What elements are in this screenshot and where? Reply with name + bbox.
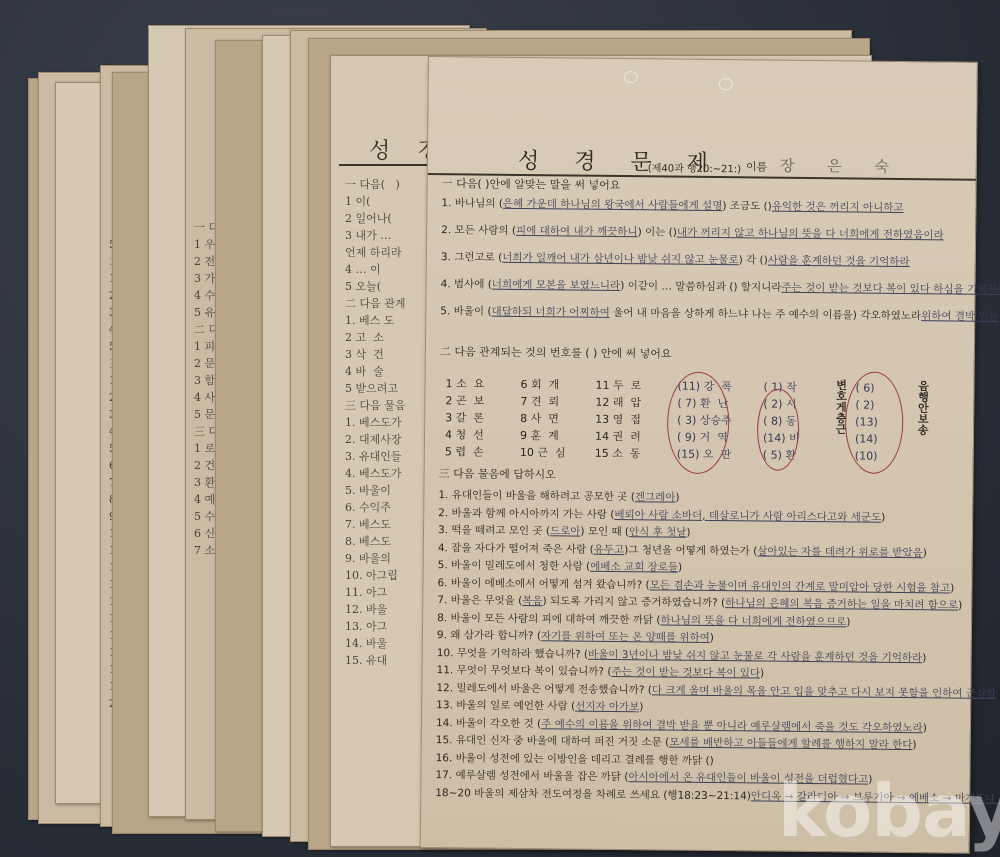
- question-item: 14. 바울이 각오한 것 (주 예수의 이름을 위하여 결박 받을 뿐 아니라…: [436, 715, 927, 735]
- question-item: 11. 무엇이 무엇보다 복이 있습니까? (주는 것이 받는 것보다 복이 있…: [436, 662, 764, 680]
- name-label: 이름: [746, 158, 767, 174]
- handwritten-answer: 유익한 것은 꺼리지 아니하고: [772, 201, 904, 214]
- question-text: ) 이는 (: [638, 226, 673, 238]
- question-text: ): [710, 754, 714, 766]
- section3-heading: 三 다음 물음에 답하시오: [439, 465, 556, 482]
- fill-in-item: 3. 그런고로 (너희가 일깨어 내가 삼년이나 밤낮 쉬지 않고 눈물로) 각…: [441, 249, 910, 269]
- question-text: ): [760, 668, 764, 680]
- question-text: 3. 떡을 떼려고 모인 곳 (: [438, 524, 550, 537]
- question-item: 2. 바울과 함께 아시아까지 가는 사람 (베뢰아 사람 소바더, 데살로니가…: [438, 505, 885, 525]
- handwritten-answer: 자기를 위하여 또는 온 양떼를 위하여: [541, 630, 710, 644]
- question-text: ): [950, 582, 954, 594]
- handwritten-answer: 너희가 일깨어 내가 삼년이나 밤낮 쉬지 않고 눈물로: [502, 252, 738, 266]
- question-text: 12. 밀레도에서 바울은 어떻게 전송했습니까? (: [436, 682, 652, 696]
- student-name: 장 은 숙: [780, 155, 903, 177]
- handwritten-answer: 에베소 교회 장로들: [590, 561, 678, 574]
- question-text: 15. 유대인 신자 중 바울에 대하여 퍼진 거짓 소문 (: [436, 734, 670, 748]
- question-text: 14. 바울이 각오한 것 (: [436, 717, 541, 730]
- question-text: 1. 바나님의 (: [441, 197, 502, 210]
- handwritten-answer: 하나님의 뜻을 다 너희에게 전하였으므로: [660, 614, 846, 628]
- question-text: ) 각오하였노라: [853, 309, 921, 322]
- front-quiz-sheet: 성 경 문 제 (제40과 행20:~21:) 이름 장 은 숙 一 다음( )…: [420, 56, 978, 854]
- punch-hole-mark: [624, 71, 638, 83]
- handwritten-answer: 모세를 배반하고 아들들에게 할례를 행하지 말라 한다: [669, 737, 912, 752]
- kobay-watermark: kobay: [778, 775, 1000, 847]
- question-text: ): [639, 701, 643, 713]
- question-text: ) 할지니라: [733, 281, 781, 294]
- handwritten-answer: 주 예수의 이름을 위하여 결박 받을 뿐 아니라 예루살렘에서 죽을 것도 각…: [541, 718, 923, 734]
- question-text: ): [686, 527, 690, 539]
- fill-in-item: 1. 바나님의 (은혜 가운데 하나님의 왕국에서 사람들에게 설명) 조금도 …: [441, 195, 903, 215]
- bg-sheet-12-text: 一 다음( ) 1 이( 2 일어나( 3 내가 … 언제 하리라 4 … 이 …: [345, 176, 406, 669]
- question-item: 3. 떡을 떼려고 모인 곳 (드로아) 모인 때 (안식 후 첫날): [438, 522, 691, 540]
- handwritten-answer: 드로아: [550, 525, 581, 537]
- question-text: ) 각 (: [739, 254, 764, 266]
- question-text: ): [958, 600, 962, 612]
- bg-sheet-12-rule: [339, 164, 439, 166]
- handwritten-answer: 유두고: [594, 543, 625, 555]
- handwritten-answer: 모든 겸손과 눈물이며 유대인의 간계로 말미암아 당한 시험을 참고: [650, 579, 951, 594]
- question-text: 4. 범사에 (: [441, 278, 492, 291]
- question-text: 4. 잠을 자다가 떨어져 죽은 사람 (: [438, 542, 594, 556]
- match-col-mid: 6 회 개 7 견 뢰 8 사 면 9 훈 계 10 근 심: [520, 376, 567, 461]
- handwritten-answer: 선지자 아가보: [575, 701, 639, 714]
- question-text: ): [881, 511, 885, 523]
- question-text: ): [710, 632, 714, 644]
- question-item: 8. 바울이 모든 사람의 피에 대하여 깨끗한 까닭 (하나님의 뜻을 다 너…: [437, 610, 850, 629]
- handwritten-answer: 주는 것이 받는 것보다 복이 있다: [611, 666, 760, 680]
- question-text: 7. 바울은 무엇을 (: [437, 594, 522, 607]
- match-col-left: 1 소 요 2 곤 보 3 갈 론 4 청 선 5 렵 손: [445, 375, 485, 460]
- fill-in-item: 5. 바울이 (대답하되 너희가 어찌하여 울어 내 마음을 상하게 하느냐 나…: [440, 303, 999, 324]
- question-text: ) 이같이 … 말씀하심과 (: [620, 280, 733, 293]
- handwritten-answer: 내가 꺼리지 않고 하나님의 뜻을 다 너희에게 전하였음이라: [677, 227, 944, 242]
- handwritten-answer: 너희에게 모본을 보였느니라: [492, 279, 621, 292]
- handwritten-answer: 피에 대하여 내가 깨끗하니: [516, 225, 638, 238]
- question-text: 그 청년을 어떻게 하였는가 (: [628, 544, 757, 557]
- question-text: ): [678, 562, 682, 574]
- question-text: 3. 그런고로 (: [441, 251, 502, 264]
- question-item: 13. 바울의 일로 예언한 사람 (선지자 아가보): [436, 697, 643, 714]
- handwritten-answer: 하나님의 은혜의 복음 증거하는 일을 마치려 함으로: [725, 597, 958, 611]
- question-text: 13. 바울의 일로 예언한 사람 (: [436, 699, 575, 712]
- handwritten-answer: 주는 것이 받는 것보다 복이 있다 하심을 기억하여야: [781, 282, 1000, 296]
- question-item: 16. 바울이 성전에 있는 이방인을 데리고 결례를 행한 까닭 (): [436, 750, 714, 768]
- question-text: ) 조금도 (: [722, 200, 767, 212]
- question-text: ): [922, 652, 926, 664]
- question-item: 1. 유대인들이 바울을 해하려고 공모한 곳 (겐그레아): [438, 487, 679, 505]
- question-item: 5. 바울이 밀레도에서 청한 사람 (에베소 교회 장로들): [438, 557, 683, 575]
- handwritten-answer: 살아있는 자를 데려가 위로를 받았음: [757, 545, 923, 559]
- question-text: 18~20 바울의 제삼차 전도여정을 차례로 쓰세요 (행18:23~21:1…: [435, 787, 751, 802]
- question-item: 4. 잠을 자다가 떨어져 죽은 사람 (유두고)그 청년을 어떻게 하였는가 …: [438, 540, 927, 560]
- match-col-right: 11 두 로 12 래 압 13 영 접 14 권 려 15 소 동: [595, 377, 642, 462]
- question-text: 6. 바울이 에베소에서 어떻게 섬겨 왔습니까? (: [437, 577, 649, 591]
- question-item: 9. 왜 삼가라 합니까? (자기를 위하여 또는 온 양떼를 위하여): [437, 627, 714, 645]
- question-text: 2. 바울과 함께 아시아까지 가는 사람 (: [438, 507, 614, 521]
- question-text: 10. 무엇을 기억하라 했습니까? (: [437, 647, 588, 661]
- handwritten-answer: 겐그레아: [635, 491, 676, 503]
- handwritten-answer: 사람을 훈계하던 것을 기억하라: [768, 255, 910, 268]
- handwritten-answer: 베뢰아 사람 소바더, 데살로니가 사람 아리스다고와 세군도: [614, 508, 881, 523]
- question-text: 울어 내 마음을 상하게 하느냐 나는 주 예수의 이름을: [610, 307, 853, 322]
- handwritten-answer: 복음: [522, 595, 542, 607]
- punch-hole-mark: [719, 78, 733, 90]
- question-text: ) 되도록 가리지 않고 증거하였습니까? (: [543, 595, 726, 609]
- red-circle-mark: [845, 371, 904, 474]
- question-text: 5. 바울이 밀레도에서 청한 사람 (: [438, 559, 591, 573]
- question-item: 10. 무엇을 기억하라 했습니까? (바울이 3년이나 밤낮 쉬지 않고 눈물…: [437, 645, 927, 665]
- fill-in-item: 2. 모든 사람의 (피에 대하여 내가 깨끗하니) 이는 ()내가 꺼리지 않…: [441, 222, 944, 242]
- handwritten-answer: 안식 후 첫날: [629, 526, 687, 539]
- question-text: 16. 바울이 성전에 있는 이방인을 데리고 결례를 행한 까닭 (: [436, 752, 710, 767]
- match-vertical-b: 음행안보송: [915, 380, 930, 435]
- section2-heading: 二 다음 관계되는 것의 번호를 ( ) 안에 써 넣어요: [440, 343, 672, 361]
- question-text: ) 모인 때 (: [580, 526, 629, 539]
- question-text: ): [996, 687, 1000, 699]
- question-text: 11. 무엇이 무엇보다 복이 있습니까? (: [437, 664, 612, 678]
- question-text: ): [846, 616, 850, 628]
- question-text: 2. 모든 사람의 (: [441, 224, 516, 237]
- fill-in-item: 4. 범사에 (너희에게 모본을 보였느니라) 이같이 … 말씀하심과 () 할…: [441, 276, 1000, 297]
- question-text: ): [912, 739, 916, 751]
- question-text: 1. 유대인들이 바울을 해하려고 공모한 곳 (: [438, 489, 635, 503]
- question-text: ): [675, 492, 679, 504]
- handwritten-answer: 대답하되 너희가 어찌하여: [491, 306, 609, 319]
- question-text: ): [923, 547, 927, 559]
- handwritten-answer: 은혜 가운데 하나님의 왕국에서 사람들에게 설명: [503, 198, 723, 212]
- section1-heading: 一 다음( )안에 알맞는 말을 써 넣어요: [442, 175, 621, 193]
- question-text: 5. 바울이 (: [440, 305, 491, 318]
- question-text: 17. 예루살렘 성전에서 바울을 잡은 까닭 (: [435, 769, 628, 783]
- question-text: ): [923, 722, 927, 734]
- handwritten-answer: 다 크게 울며 바울의 목을 안고 입을 맞추고 다시 보지 못함을 인하여 근…: [652, 684, 996, 700]
- lesson-reference: (제40과 행20:~21:): [648, 159, 741, 175]
- question-text: 9. 왜 삼가라 합니까? (: [437, 629, 541, 642]
- question-item: 15. 유대인 신자 중 바울에 대하여 퍼진 거짓 소문 (모세를 배반하고 …: [436, 732, 917, 752]
- handwritten-answer: 바울이 3년이나 밤낮 쉬지 않고 눈물로 각 사람을 훈계하던 것을 기억하라: [588, 648, 922, 663]
- question-text: 8. 바울이 모든 사람의 피에 대하여 깨끗한 까닭 (: [437, 612, 661, 626]
- handwritten-answer: 위하여 결박 받는: [921, 310, 999, 323]
